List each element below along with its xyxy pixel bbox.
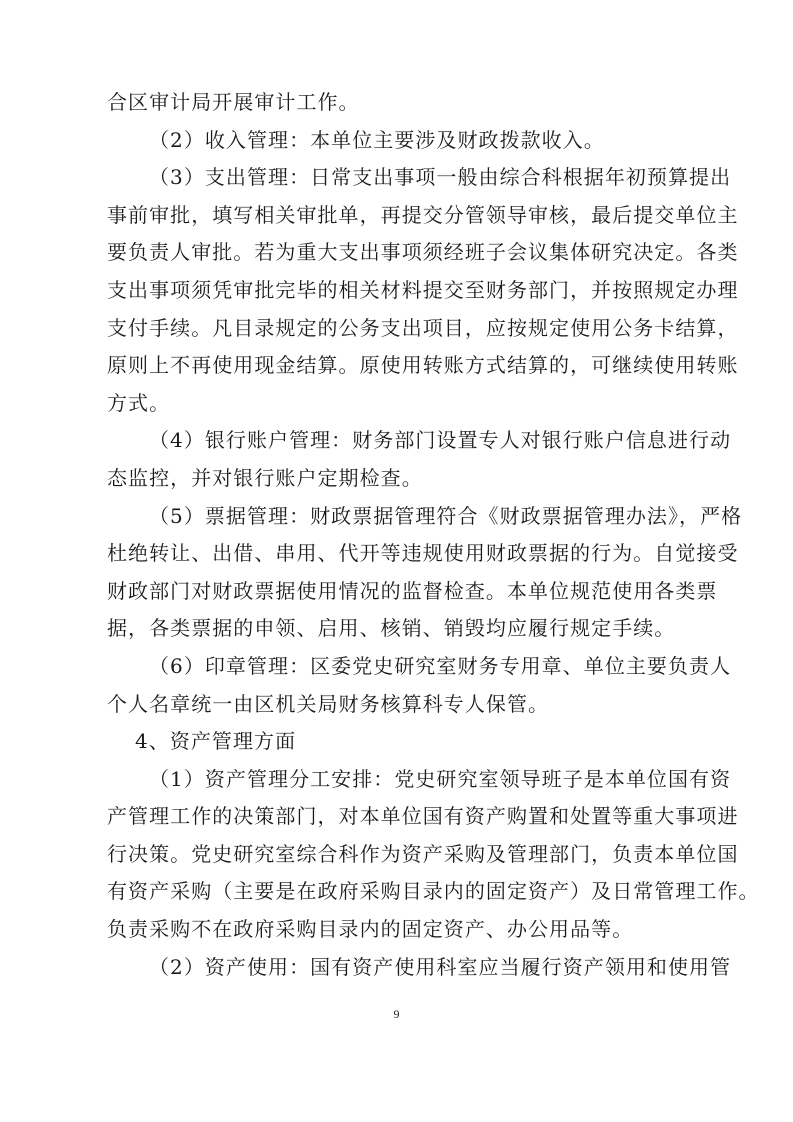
page-number: 9 [0,1007,793,1022]
text-line: 事前审批，填写相关审批单，再提交分管领导审核，最后提交单位主 [107,197,701,235]
text-line: 方式。 [107,385,701,423]
text-line: 支付手续。凡目录规定的公务支出项目，应按规定使用公务卡结算， [107,310,701,348]
paragraph-expense-management: （3）支出管理：日常支出事项一般由综合科根据年初预算提出 [107,159,701,197]
text-line: 据，各类票据的申领、启用、核销、销毁均应履行规定手续。 [107,610,701,648]
text-line: 财政部门对财政票据使用情况的监督检查。本单位规范使用各类票 [107,573,701,611]
text-line: 负责采购不在政府采购目录内的固定资产、办公用品等。 [107,911,701,949]
document-page: 合区审计局开展审计工作。 （2）收入管理：本单位主要涉及财政拨款收入。 （3）支… [107,84,701,986]
text-line: 要负责人审批。若为重大支出事项须经班子会议集体研究决定。各类 [107,234,701,272]
text-line: 个人名章统一由区机关局财务核算科专人保管。 [107,686,701,724]
text-line: 态监控，并对银行账户定期检查。 [107,460,701,498]
paragraph-receipt-management: （5）票据管理：财政票据管理符合《财政票据管理办法》，严格 [107,498,701,536]
paragraph-seal-management: （6）印章管理：区委党史研究室财务专用章、单位主要负责人 [107,648,701,686]
text-line: 产管理工作的决策部门，对本单位国有资产购置和处置等重大事项进 [107,798,701,836]
paragraph-bank-account-management: （4）银行账户管理：财务部门设置专人对银行账户信息进行动 [107,422,701,460]
text-line: 行决策。党史研究室综合科作为资产采购及管理部门，负责本单位国 [107,836,701,874]
paragraph-asset-division: （1）资产管理分工安排：党史研究室领导班子是本单位国有资 [107,761,701,799]
text-line: 支出事项须凭审批完毕的相关材料提交至财务部门，并按照规定办理 [107,272,701,310]
text-line: 原则上不再使用现金结算。原使用转账方式结算的，可继续使用转账 [107,347,701,385]
text-line: 有资产采购（主要是在政府采购目录内的固定资产）及日常管理工作。 [107,873,701,911]
section-heading-asset-management: 4、资产管理方面 [107,723,701,761]
paragraph-income-management: （2）收入管理：本单位主要涉及财政拨款收入。 [107,122,701,160]
text-line: 合区审计局开展审计工作。 [107,84,701,122]
paragraph-asset-usage: （2）资产使用：国有资产使用科室应当履行资产领用和使用管 [107,949,701,987]
text-line: 杜绝转让、出借、串用、代开等违规使用财政票据的行为。自觉接受 [107,535,701,573]
